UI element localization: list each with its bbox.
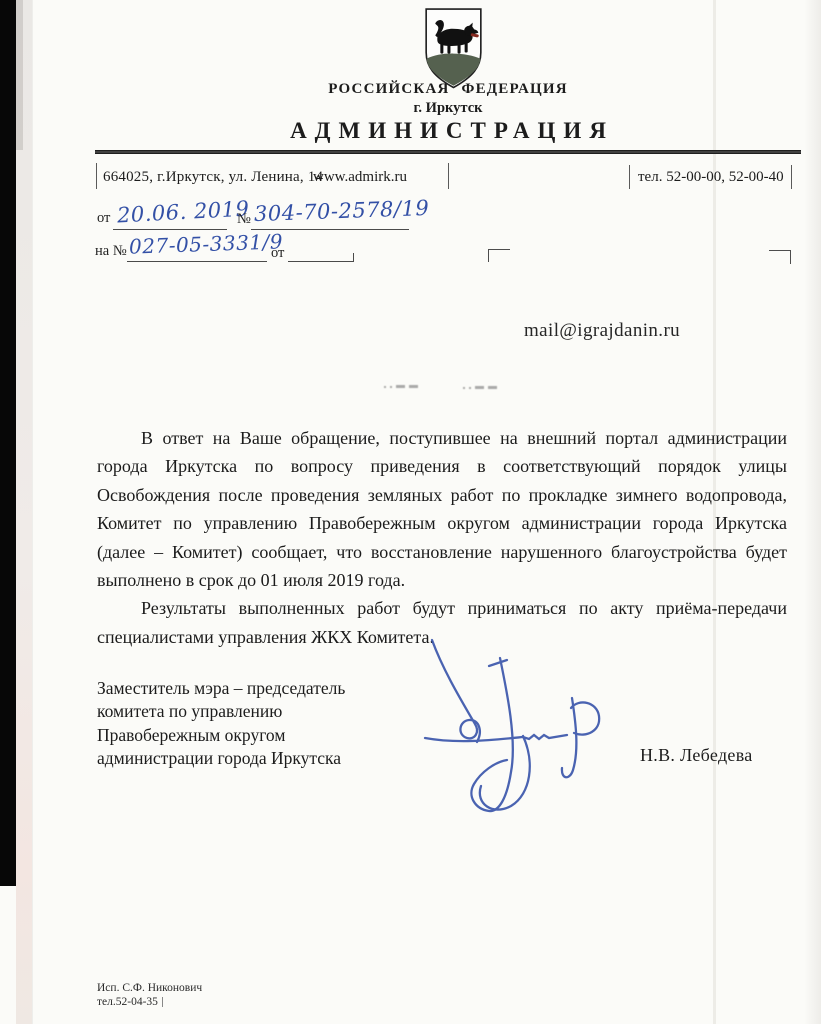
postal-address: 664025, г.Иркутск, ул. Ленина, 14 xyxy=(103,169,323,186)
phone-divider-left xyxy=(629,165,630,189)
coat-of-arms-icon xyxy=(424,8,483,89)
scan-right-shade xyxy=(804,0,821,1024)
scan-black-band xyxy=(0,0,16,886)
form-line-date xyxy=(113,229,227,230)
form-line-reply xyxy=(127,261,267,262)
scan-gray-sliver xyxy=(16,0,23,150)
signer-position-line: комитета по управлению xyxy=(97,700,345,723)
letterhead-city: г. Иркутск xyxy=(95,100,801,117)
handwritten-date: 20.06. 2019 xyxy=(116,197,249,228)
executor-name: Исп. С.Ф. Никонович xyxy=(97,981,202,995)
letter-body: В ответ на Ваше обращение, поступившее н… xyxy=(97,424,787,651)
executor-block: Исп. С.Ф. Никонович тел.52-04-35 xyxy=(97,981,202,1009)
body-paragraph-1: В ответ на Ваше обращение, поступившее н… xyxy=(97,424,787,594)
handwritten-number: 304-70-2578/19 xyxy=(254,196,430,226)
letterhead-phone: тел. 52-00-00, 52-00-40 xyxy=(638,169,784,186)
signer-name: Н.В. Лебедева xyxy=(640,745,753,766)
address-corner-mark-right xyxy=(769,250,791,264)
executor-phone: тел.52-04-35 xyxy=(97,996,158,1008)
scan-edge-strip xyxy=(16,0,32,1024)
letterhead-country: РОССИЙСКАЯ ФЕДЕРАЦИЯ xyxy=(95,81,801,98)
form-line-reply-date xyxy=(288,261,353,262)
signer-position-line: Заместитель мэра – председатель xyxy=(97,677,345,700)
signer-position-block: Заместитель мэра – председатель комитета… xyxy=(97,677,345,771)
letterhead-organization: АДМИНИСТРАЦИЯ xyxy=(95,118,801,144)
address-corner-mark-left xyxy=(488,249,510,262)
signer-position-line: администрации города Иркутска xyxy=(97,747,345,770)
letterhead-rule xyxy=(95,150,801,154)
ref-from-label: от xyxy=(97,210,110,227)
scanned-letter-page: РОССИЙСКАЯ ФЕДЕРАЦИЯ г. Иркутск АДМИНИСТ… xyxy=(0,0,821,1024)
handwritten-signature xyxy=(403,636,608,818)
website: www.admirk.ru xyxy=(313,169,407,186)
form-line-end-tick xyxy=(353,253,354,262)
address-divider-mid xyxy=(448,163,449,189)
phone-divider-right xyxy=(791,165,792,189)
address-divider-left xyxy=(96,163,97,189)
paper-edge-line xyxy=(32,0,33,1024)
signer-position-line: Правобережным округом xyxy=(97,724,345,747)
recipient-email: mail@igrajdanin.ru xyxy=(524,320,680,342)
redaction-marks xyxy=(384,385,418,388)
ref-reply-from-label: от xyxy=(271,245,284,262)
redaction-marks xyxy=(463,386,497,389)
scan-tick-mark xyxy=(162,997,163,1007)
handwritten-reply-number: 027-05-3331/9 xyxy=(129,229,284,258)
ref-number-sign: № xyxy=(237,211,251,228)
ref-reply-label: на № xyxy=(95,243,127,260)
